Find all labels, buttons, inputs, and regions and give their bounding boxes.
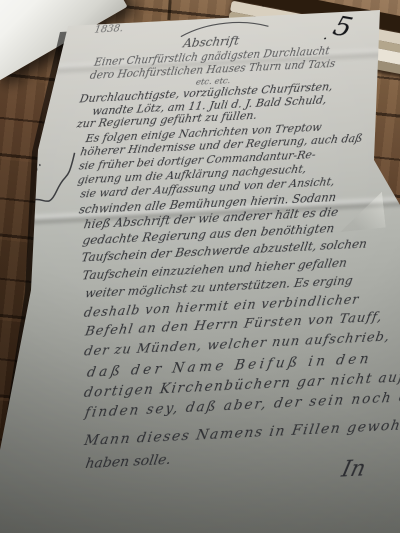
manuscript-line: haben solle. [84, 452, 172, 472]
catchword-flourish: In [339, 456, 368, 482]
date-annotation: 1838. [94, 23, 124, 36]
manuscript-line: Mann dieses Namens in Fillen gewohnt [83, 416, 400, 449]
manuscript-paper: 5 N. 616. 1838. Abschrift Einer Churfürs… [0, 0, 400, 533]
handwriting-block: 1838. Abschrift Einer Churfürstlich gnäd… [70, 7, 394, 526]
photograph-of-manuscript: 5 N. 616. 1838. Abschrift Einer Churfürs… [0, 0, 400, 533]
